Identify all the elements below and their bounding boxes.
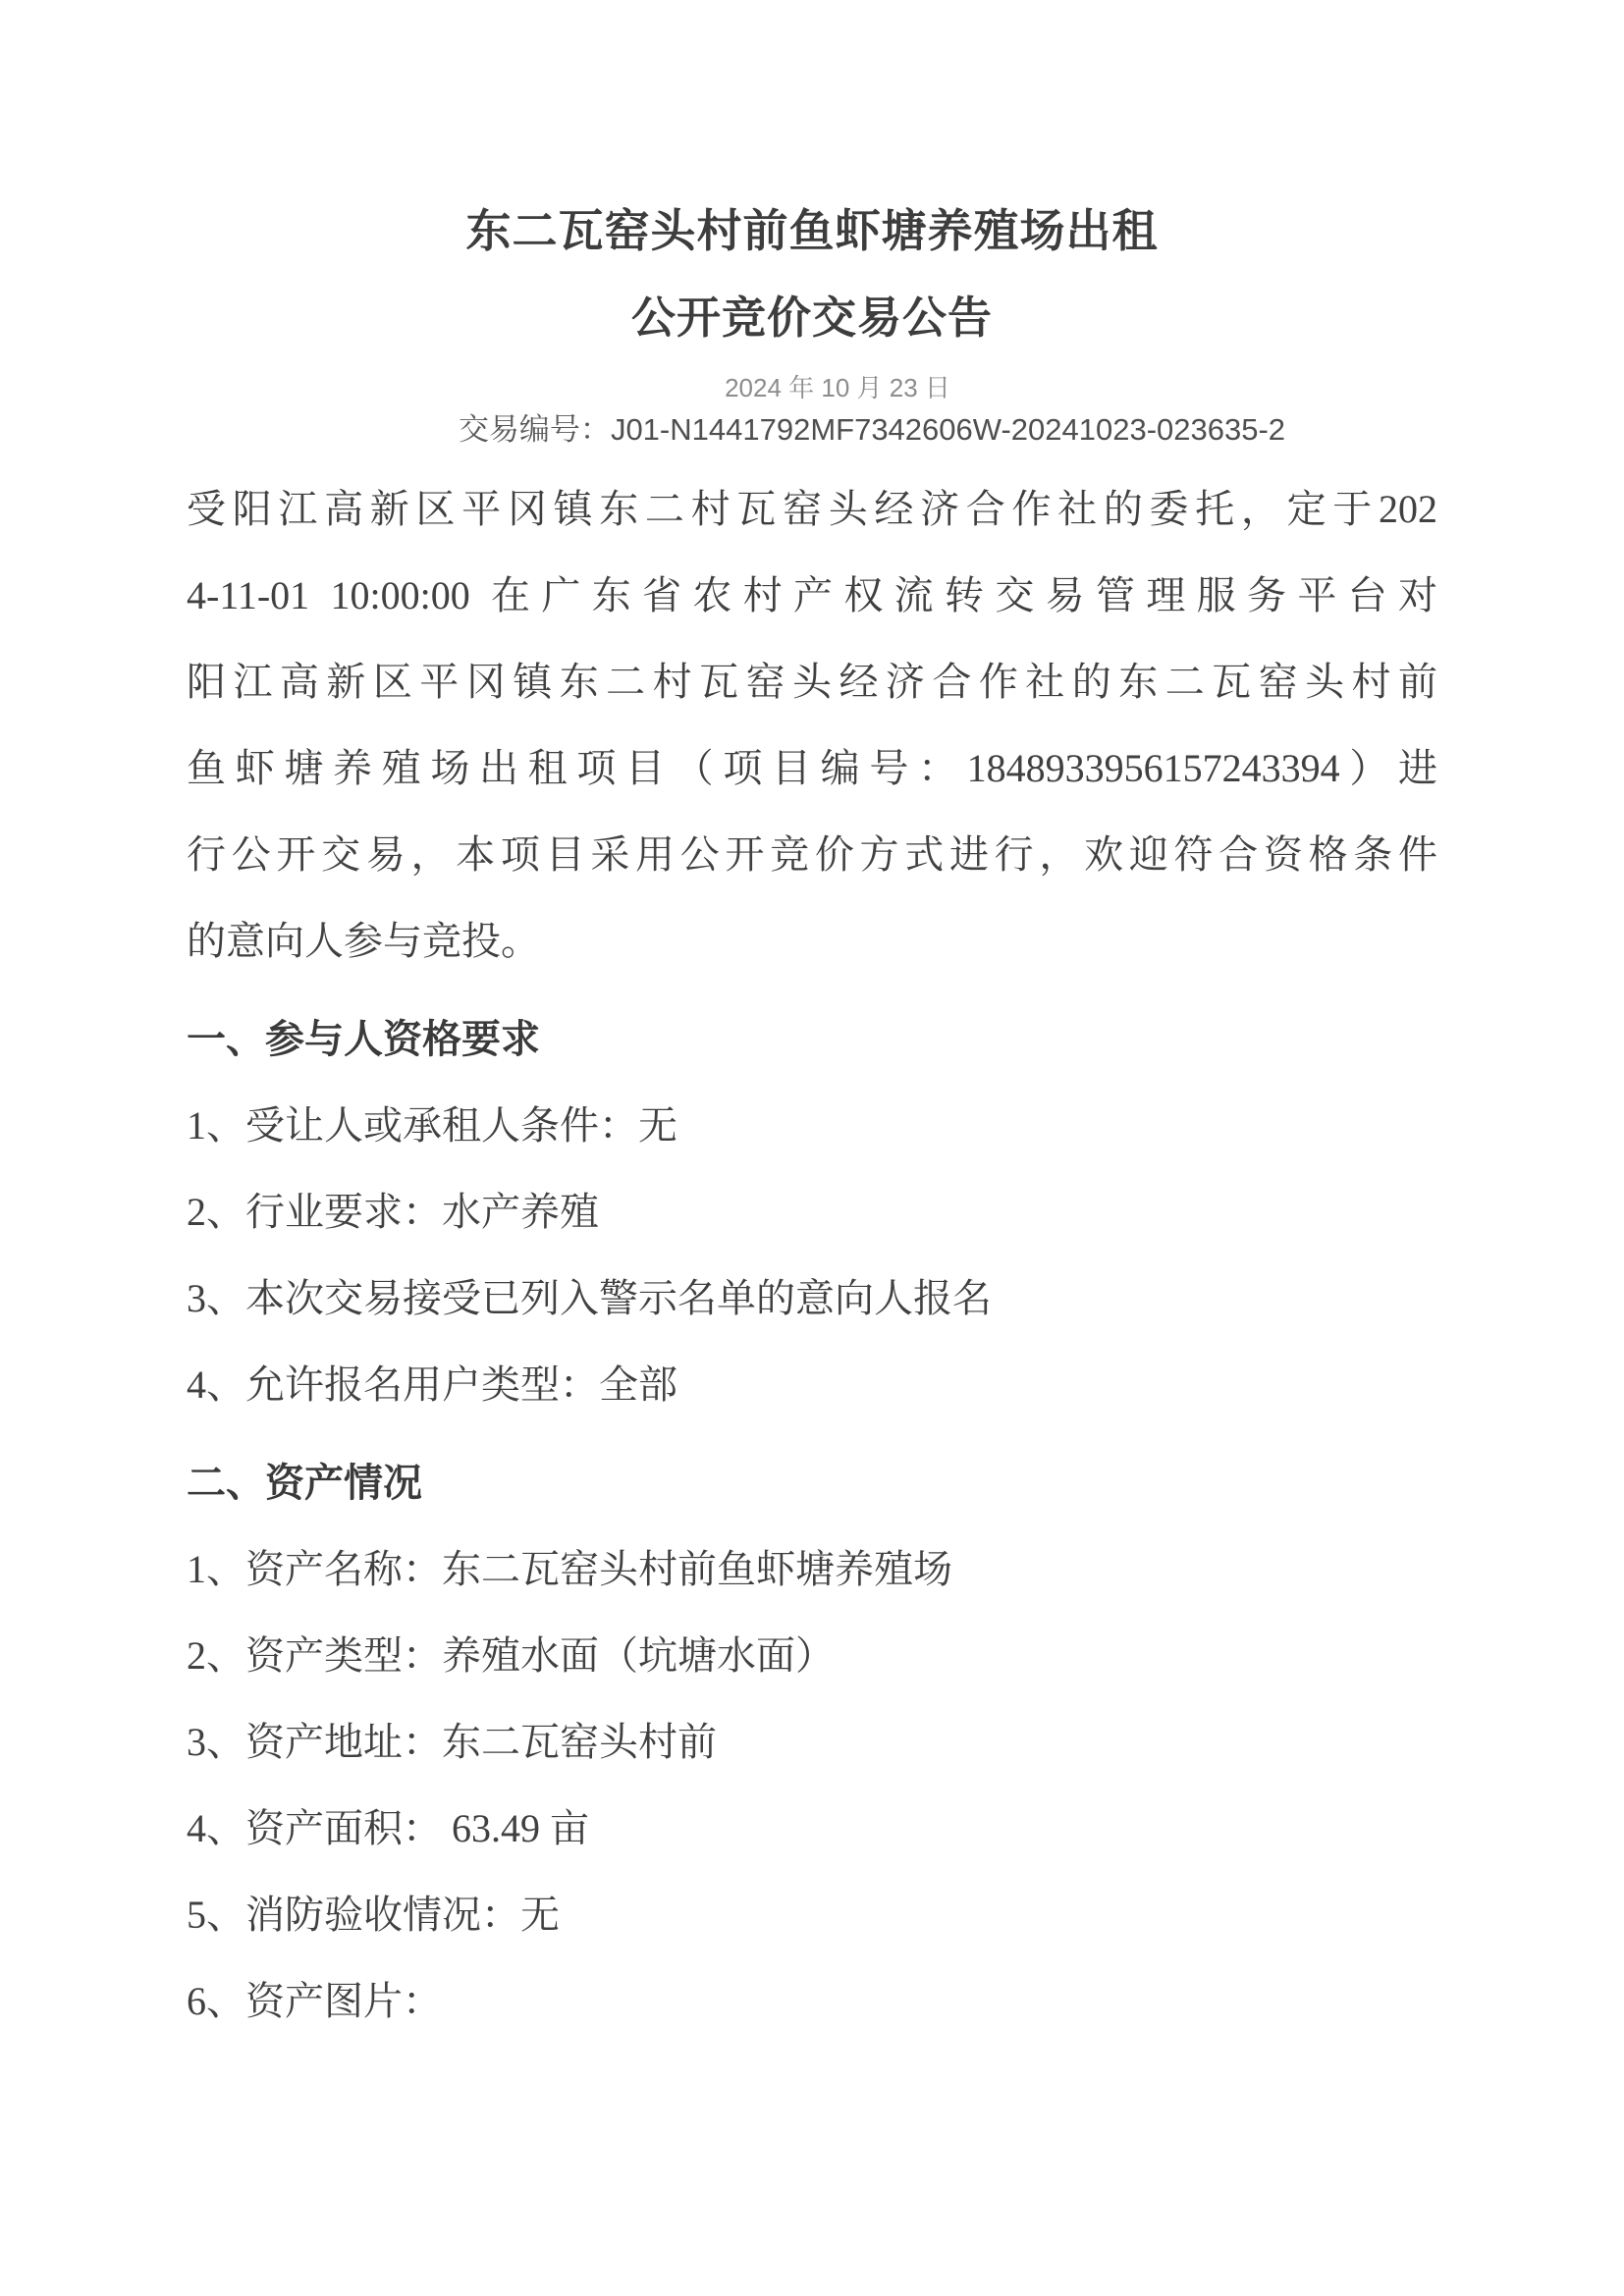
list-item: 4、允许报名用户类型：全部 (187, 1342, 1437, 1428)
intro-paragraph: 受阳江高新区平冈镇东二村瓦窑头经济合作社的委托，定于202 4-11-01 10… (187, 466, 1437, 985)
list-item: 3、资产地址：东二瓦窑头村前 (187, 1699, 1437, 1786)
intro-line: 受阳江高新区平冈镇东二村瓦窑头经济合作社的委托，定于202 (187, 466, 1437, 553)
intro-line: 阳江高新区平冈镇东二村瓦窑头经济合作社的东二瓦窑头村前 (187, 639, 1437, 725)
list-item: 2、行业要求：水产养殖 (187, 1169, 1437, 1255)
list-item: 2、资产类型：养殖水面（坑塘水面） (187, 1613, 1437, 1699)
list-item: 4、资产面积： 63.49 亩 (187, 1786, 1437, 1872)
list-item: 1、资产名称：东二瓦窑头村前鱼虾塘养殖场 (187, 1526, 1437, 1613)
list-item: 3、本次交易接受已列入警示名单的意向人报名 (187, 1255, 1437, 1342)
document-date: 2024 年 10 月 23 日 (187, 372, 1437, 403)
intro-line: 的意向人参与竞投。 (187, 898, 1437, 985)
section-heading-participant-requirements: 一、参与人资格要求 (187, 996, 1437, 1083)
intro-line: 4-11-01 10:00:00 在广东省农村产权流转交易管理服务平台对 (187, 553, 1437, 639)
document-page: 东二瓦窑头村前鱼虾塘养殖场出租 公开竞价交易公告 2024 年 10 月 23 … (0, 0, 1624, 2296)
list-item: 1、受让人或承租人条件：无 (187, 1083, 1437, 1169)
trade-number-value: J01-N1441792MF7342606W-20241023-023635-2 (611, 412, 1285, 447)
list-item: 6、资产图片： (187, 1958, 1437, 2045)
intro-line: 鱼虾塘养殖场出租项目（项目编号：1848933956157243394）进 (187, 725, 1437, 812)
document-title: 东二瓦窑头村前鱼虾塘养殖场出租 (187, 201, 1437, 262)
section-participant-requirements: 一、参与人资格要求 1、受让人或承租人条件：无 2、行业要求：水产养殖 3、本次… (187, 996, 1437, 1428)
document-subtitle: 公开竞价交易公告 (187, 290, 1437, 347)
trade-number-line: 交易编号：J01-N1441792MF7342606W-20241023-023… (187, 409, 1437, 451)
intro-line: 行公开交易，本项目采用公开竞价方式进行，欢迎符合资格条件 (187, 812, 1437, 898)
section-heading-asset-info: 二、资产情况 (187, 1440, 1437, 1526)
section-asset-info: 二、资产情况 1、资产名称：东二瓦窑头村前鱼虾塘养殖场 2、资产类型：养殖水面（… (187, 1440, 1437, 2045)
trade-number-label: 交易编号： (459, 412, 611, 447)
list-item: 5、消防验收情况：无 (187, 1872, 1437, 1958)
